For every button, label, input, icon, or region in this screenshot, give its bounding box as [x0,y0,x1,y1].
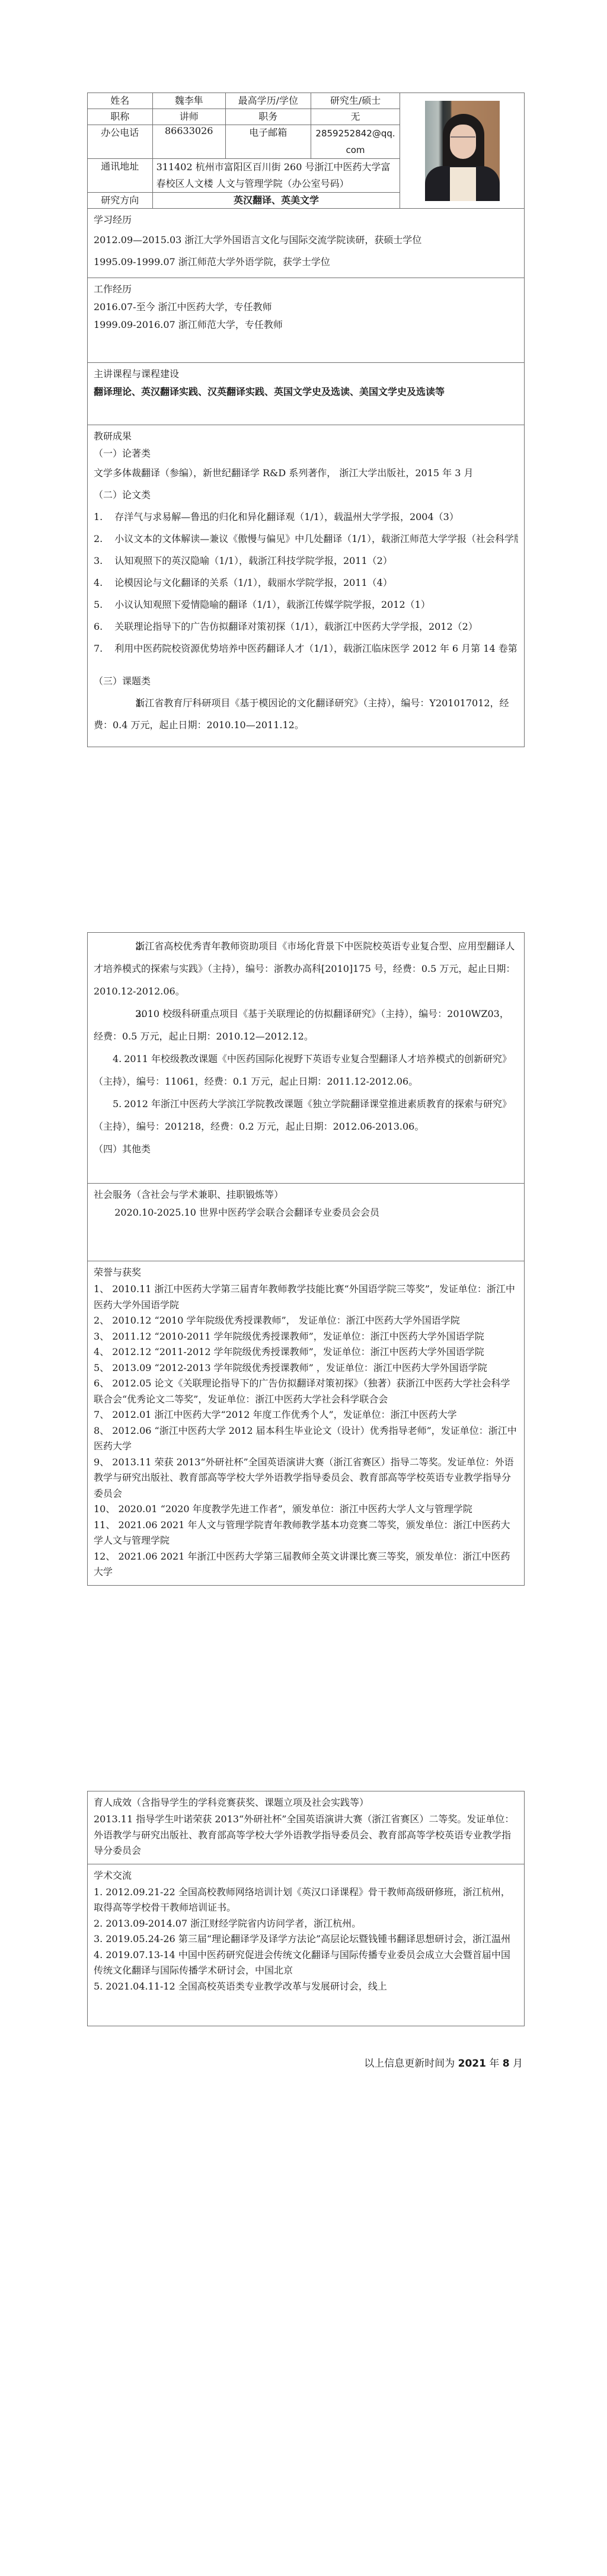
service-title: 社会服务（含社会与学术兼职、挂职锻炼等） [94,1186,518,1204]
exchange-item: 4. 2019.07.13-14 中国中医药研究促进会传统文化翻译与国际传播专业… [94,1947,518,1979]
research-output-title: 教研成果 [94,428,518,445]
label-phone: 办公电话 [88,125,153,159]
value-position: 无 [311,109,400,125]
courses-title: 主讲课程与课程建设 [94,365,518,383]
papers-heading: （二）论文类 [94,484,518,506]
work-item: 2016.07-至今 浙江中医药大学，专任教师 [94,298,518,316]
mentoring-item: 2013.11 指导学生叶诺荣获 2013“外研社杯”全国英语演讲大赛（浙江省赛… [94,1812,518,1859]
section-projects-continued: 2.浙江省高校优秀青年教师资助项目《市场化背景下中医院校英语专业复合型、应用型翻… [88,933,525,1184]
paper-item: 1.存洋气与求易解—鲁迅的归化和异化翻译观（1/1），载温州大学学报，2004（… [94,506,518,528]
honor-item: 5、 2013.09 “2012-2013 学年院级优秀授课教师” ，发证单位：… [94,1360,518,1376]
paper-item: 6.关联理论指导下的广告仿拟翻译对策初探（1/1），载浙江中医药大学学报，201… [94,616,518,637]
exchange-item: 3. 2019.05.24-26 第三届“理论翻译学及译学方法论”高层论坛暨钱锺… [94,1931,518,1947]
value-address: 311402 杭州市富阳区百川街 260 号浙江中医药大学富春校区人文楼 人文与… [152,159,400,193]
education-title: 学习经历 [94,211,518,229]
exchange-title: 学术交流 [94,1867,518,1885]
project-item: 4.2011 年校级教改课题《中医药国际化视野下英语专业复合型翻译人才培养模式的… [94,1048,518,1093]
continuation-table: 2.浙江省高校优秀青年教师资助项目《市场化背景下中医院校英语专业复合型、应用型翻… [87,932,525,1586]
honor-item: 4、 2012.12 “2011-2012 学年院级优秀授课教师”，发证单位：浙… [94,1344,518,1360]
paper-item: 4.论模因论与文化翻译的关系（1/1），载丽水学院学报，2011（4） [94,572,518,594]
book-item: 文学多体裁翻译（参编），新世纪翻译学 R&D 系列著作， 浙江大学出版社，201… [94,462,518,484]
page-3: 育人成效（含指导学生的学科竞赛获奖、课题立项及社会实践等） 2013.11 指导… [87,1791,525,2026]
mentoring-title: 育人成效（含指导学生的学科竞赛获奖、课题立项及社会实践等） [94,1794,518,1812]
honor-item: 11、 2021.06 2021 年人文与管理学院青年教师教学基本功竞赛二等奖，… [94,1517,518,1549]
courses-content: 翻译理论、英汉翻译实践、汉英翻译实践、英国文学史及选读、美国文学史及选读等 [94,383,518,401]
photo-cell [400,93,525,209]
section-education: 学习经历 2012.09—2015.03 浙江大学外国语言文化与国际交流学院读研… [88,209,525,278]
label-title: 职称 [88,109,153,125]
label-email: 电子邮箱 [225,125,311,159]
exchange-item: 1. 2012.09.21-22 全国高校教师网络培训计划《英汉口译课程》骨干教… [94,1885,518,1916]
section-service: 社会服务（含社会与学术兼职、挂职锻炼等） 2020.10-2025.10 世界中… [88,1184,525,1261]
paper-item: 7.利用中医药院校资源优势培养中医药翻译人才（1/1），载浙江临床医学 2012… [94,637,518,659]
projects-heading: （三）课题类 [94,670,518,692]
paper-item: 2.小议文本的文体解读—兼议《傲慢与偏见》中几处翻译（1/1），载浙江师范大学学… [94,528,518,550]
value-research: 英汉翻译、英美文学 [152,193,400,209]
work-title: 工作经历 [94,280,518,298]
honor-item: 3、 2011.12 “2010-2011 学年院级优秀授课教师”，发证单位：浙… [94,1329,518,1345]
section-mentoring: 育人成效（含指导学生的学科竞赛获奖、课题立项及社会实践等） 2013.11 指导… [88,1791,525,1864]
page-2: 2.浙江省高校优秀青年教师资助项目《市场化背景下中医院校英语专业复合型、应用型翻… [87,932,525,1586]
paper-item: 5.小议认知观照下爱情隐喻的翻译（1/1），载浙江传媒学院学报，2012（1） [94,594,518,616]
update-note: 以上信息更新时间为 2021 年 8 月 [356,2055,523,2070]
value-degree: 研究生/硕士 [311,93,400,109]
project-item: 5.2012 年浙江中医药大学滨江学院教改课题《独立学院翻译课堂推进素质教育的探… [94,1093,518,1138]
honor-item: 6、 2012.05 论文《关联理论指导下的广告仿拟翻译对策初探》（独著）获浙江… [94,1376,518,1407]
exchange-item: 2. 2013.09-2014.07 浙江财经学院省内访问学者，浙江杭州。 [94,1916,518,1932]
value-email[interactable]: 2859252842@qq.com [311,125,400,159]
section-honors: 荣誉与获奖 1、 2010.11 浙江中医药大学第三届青年教师教学技能比赛“外国… [88,1261,525,1586]
value-name: 魏李隼 [152,93,225,109]
honor-item: 2、 2010.12 “2010 学年院级优秀授课教师”， 发证单位：浙江中医药… [94,1313,518,1329]
section-work: 工作经历 2016.07-至今 浙江中医药大学，专任教师 1999.09-201… [88,278,525,363]
label-position: 职务 [225,109,311,125]
service-item: 2020.10-2025.10 世界中医药学会联合会翻译专业委员会会员 [94,1204,518,1222]
project-item: 2.浙江省高校优秀青年教师资助项目《市场化背景下中医院校英语专业复合型、应用型翻… [94,935,518,1003]
page-1: 姓名 魏李隼 最高学历/学位 研究生/硕士 职称 讲师 职务 无 办公电话 86… [87,93,525,747]
value-phone: 86633026 [152,125,225,159]
honors-title: 荣誉与获奖 [94,1264,518,1281]
honor-item: 9、 2013.11 荣获 2013“外研社杯”全国英语演讲大赛（浙江省赛区）指… [94,1455,518,1502]
label-research: 研究方向 [88,193,153,209]
project-item: 3.2010 校级科研重点项目《基于关联理论的仿拟翻译研究》（主持），编号：20… [94,1003,518,1048]
label-degree: 最高学历/学位 [225,93,311,109]
honor-item: 8、 2012.06 “浙江中医药大学 2012 届本科生毕业论文（设计）优秀指… [94,1423,518,1455]
honor-item: 7、 2012.01 浙江中医药大学“2012 年度工作优秀个人”，发证单位：浙… [94,1407,518,1423]
section-exchange: 学术交流 1. 2012.09.21-22 全国高校教师网络培训计划《英汉口译课… [88,1864,525,2026]
label-name: 姓名 [88,93,153,109]
education-item: 1995.09-1999.07 浙江师范大学外语学院，获学士学位 [94,251,518,273]
honor-item: 12、 2021.06 2021 年浙江中医药大学第三届教师全英文讲课比赛三等奖… [94,1549,518,1580]
section-courses: 主讲课程与课程建设 翻译理论、英汉翻译实践、汉英翻译实践、英国文学史及选读、美国… [88,363,525,425]
label-address: 通讯地址 [88,159,153,193]
profile-table: 姓名 魏李隼 最高学历/学位 研究生/硕士 职称 讲师 职务 无 办公电话 86… [87,93,525,747]
final-table: 育人成效（含指导学生的学科竞赛获奖、课题立项及社会实践等） 2013.11 指导… [87,1791,525,2026]
exchange-item: 5. 2021.04.11-12 全国高校英语类专业教学改革与发展研讨会，线上 [94,1979,518,1995]
section-research-output: 教研成果 （一）论著类 文学多体裁翻译（参编），新世纪翻译学 R&D 系列著作，… [88,425,525,747]
honor-item: 1、 2010.11 浙江中医药大学第三届青年教师教学技能比赛“外国语学院三等奖… [94,1281,518,1313]
value-title: 讲师 [152,109,225,125]
project-item: 1.浙江省教育厅科研项目《基于模因论的文化翻译研究》（主持），编号：Y20101… [94,692,518,736]
honor-item: 10、 2020.01 “2020 年度教学先进工作者”，颁发单位：浙江中医药大… [94,1501,518,1517]
books-heading: （一）论著类 [94,445,518,462]
work-item: 1999.09-2016.07 浙江师范大学，专任教师 [94,316,518,334]
portrait-photo [425,101,500,201]
education-item: 2012.09—2015.03 浙江大学外国语言文化与国际交流学院读研，获硕士学… [94,229,518,251]
others-heading: （四）其他类 [94,1138,518,1161]
paper-item: 3.认知观照下的英汉隐喻（1/1），载浙江科技学院学报，2011（2） [94,550,518,572]
